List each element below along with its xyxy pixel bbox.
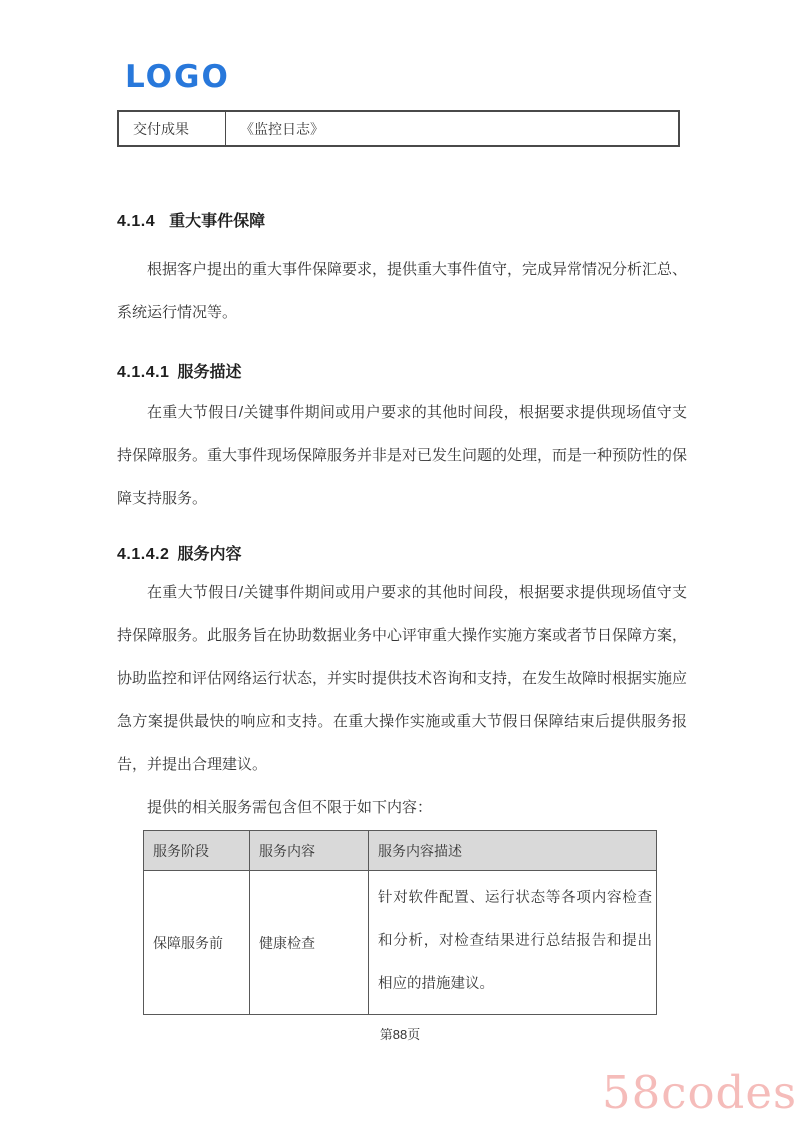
deliverable-table: 交付成果 《监控日志》 [117, 110, 680, 147]
paragraph: 根据客户提出的重大事件保障要求，提供重大事件值守，完成异常情况分析汇总、系统运行… [117, 248, 687, 334]
document-content: LOGO 交付成果 《监控日志》 4.1.4 重大事件保障 根据客户提出的重大事… [117, 0, 687, 1015]
section-heading-4141: 4.1.4.1 服务描述 [117, 362, 687, 384]
company-logo: LOGO [125, 60, 687, 94]
service-phase-table: 服务阶段 服务内容 服务内容描述 保障服务前 健康检查 针对软件配置、运行状态等… [143, 830, 657, 1015]
document-page: LOGO 交付成果 《监控日志》 4.1.4 重大事件保障 根据客户提出的重大事… [0, 0, 800, 1132]
watermark: 58codes [602, 1066, 797, 1119]
table-header-row: 服务阶段 服务内容 服务内容描述 [144, 831, 657, 871]
section-number: 4.1.4.2 [117, 544, 169, 566]
header-cell-content: 服务内容 [249, 831, 368, 871]
section-heading-414: 4.1.4 重大事件保障 [117, 211, 687, 233]
section-heading-4142: 4.1.4.2 服务内容 [117, 544, 687, 566]
table-row: 保障服务前 健康检查 针对软件配置、运行状态等各项内容检查和分析，对检查结果进行… [144, 871, 657, 1015]
section-title: 服务内容 [177, 544, 241, 566]
paragraph: 在重大节假日/关键事件期间或用户要求的其他时间段，根据要求提供现场值守支持保障服… [117, 391, 687, 520]
cell-description: 针对软件配置、运行状态等各项内容检查和分析，对检查结果进行总结报告和提出相应的措… [368, 871, 656, 1015]
cell-content: 健康检查 [249, 871, 368, 1015]
section-title: 重大事件保障 [169, 211, 265, 233]
section-number: 4.1.4 [117, 211, 155, 233]
table-row: 交付成果 《监控日志》 [118, 111, 679, 146]
deliverable-label-cell: 交付成果 [118, 111, 226, 146]
table-intro-line: 提供的相关服务需包含但不限于如下内容： [117, 786, 687, 829]
section-number: 4.1.4.1 [117, 362, 169, 384]
paragraph: 在重大节假日/关键事件期间或用户要求的其他时间段，根据要求提供现场值守支持保障服… [117, 571, 687, 786]
deliverable-value-cell: 《监控日志》 [226, 111, 680, 146]
header-cell-description: 服务内容描述 [368, 831, 656, 871]
header-cell-phase: 服务阶段 [144, 831, 250, 871]
cell-phase: 保障服务前 [144, 871, 250, 1015]
page-number: 第88页 [0, 1024, 800, 1043]
section-title: 服务描述 [177, 362, 241, 384]
